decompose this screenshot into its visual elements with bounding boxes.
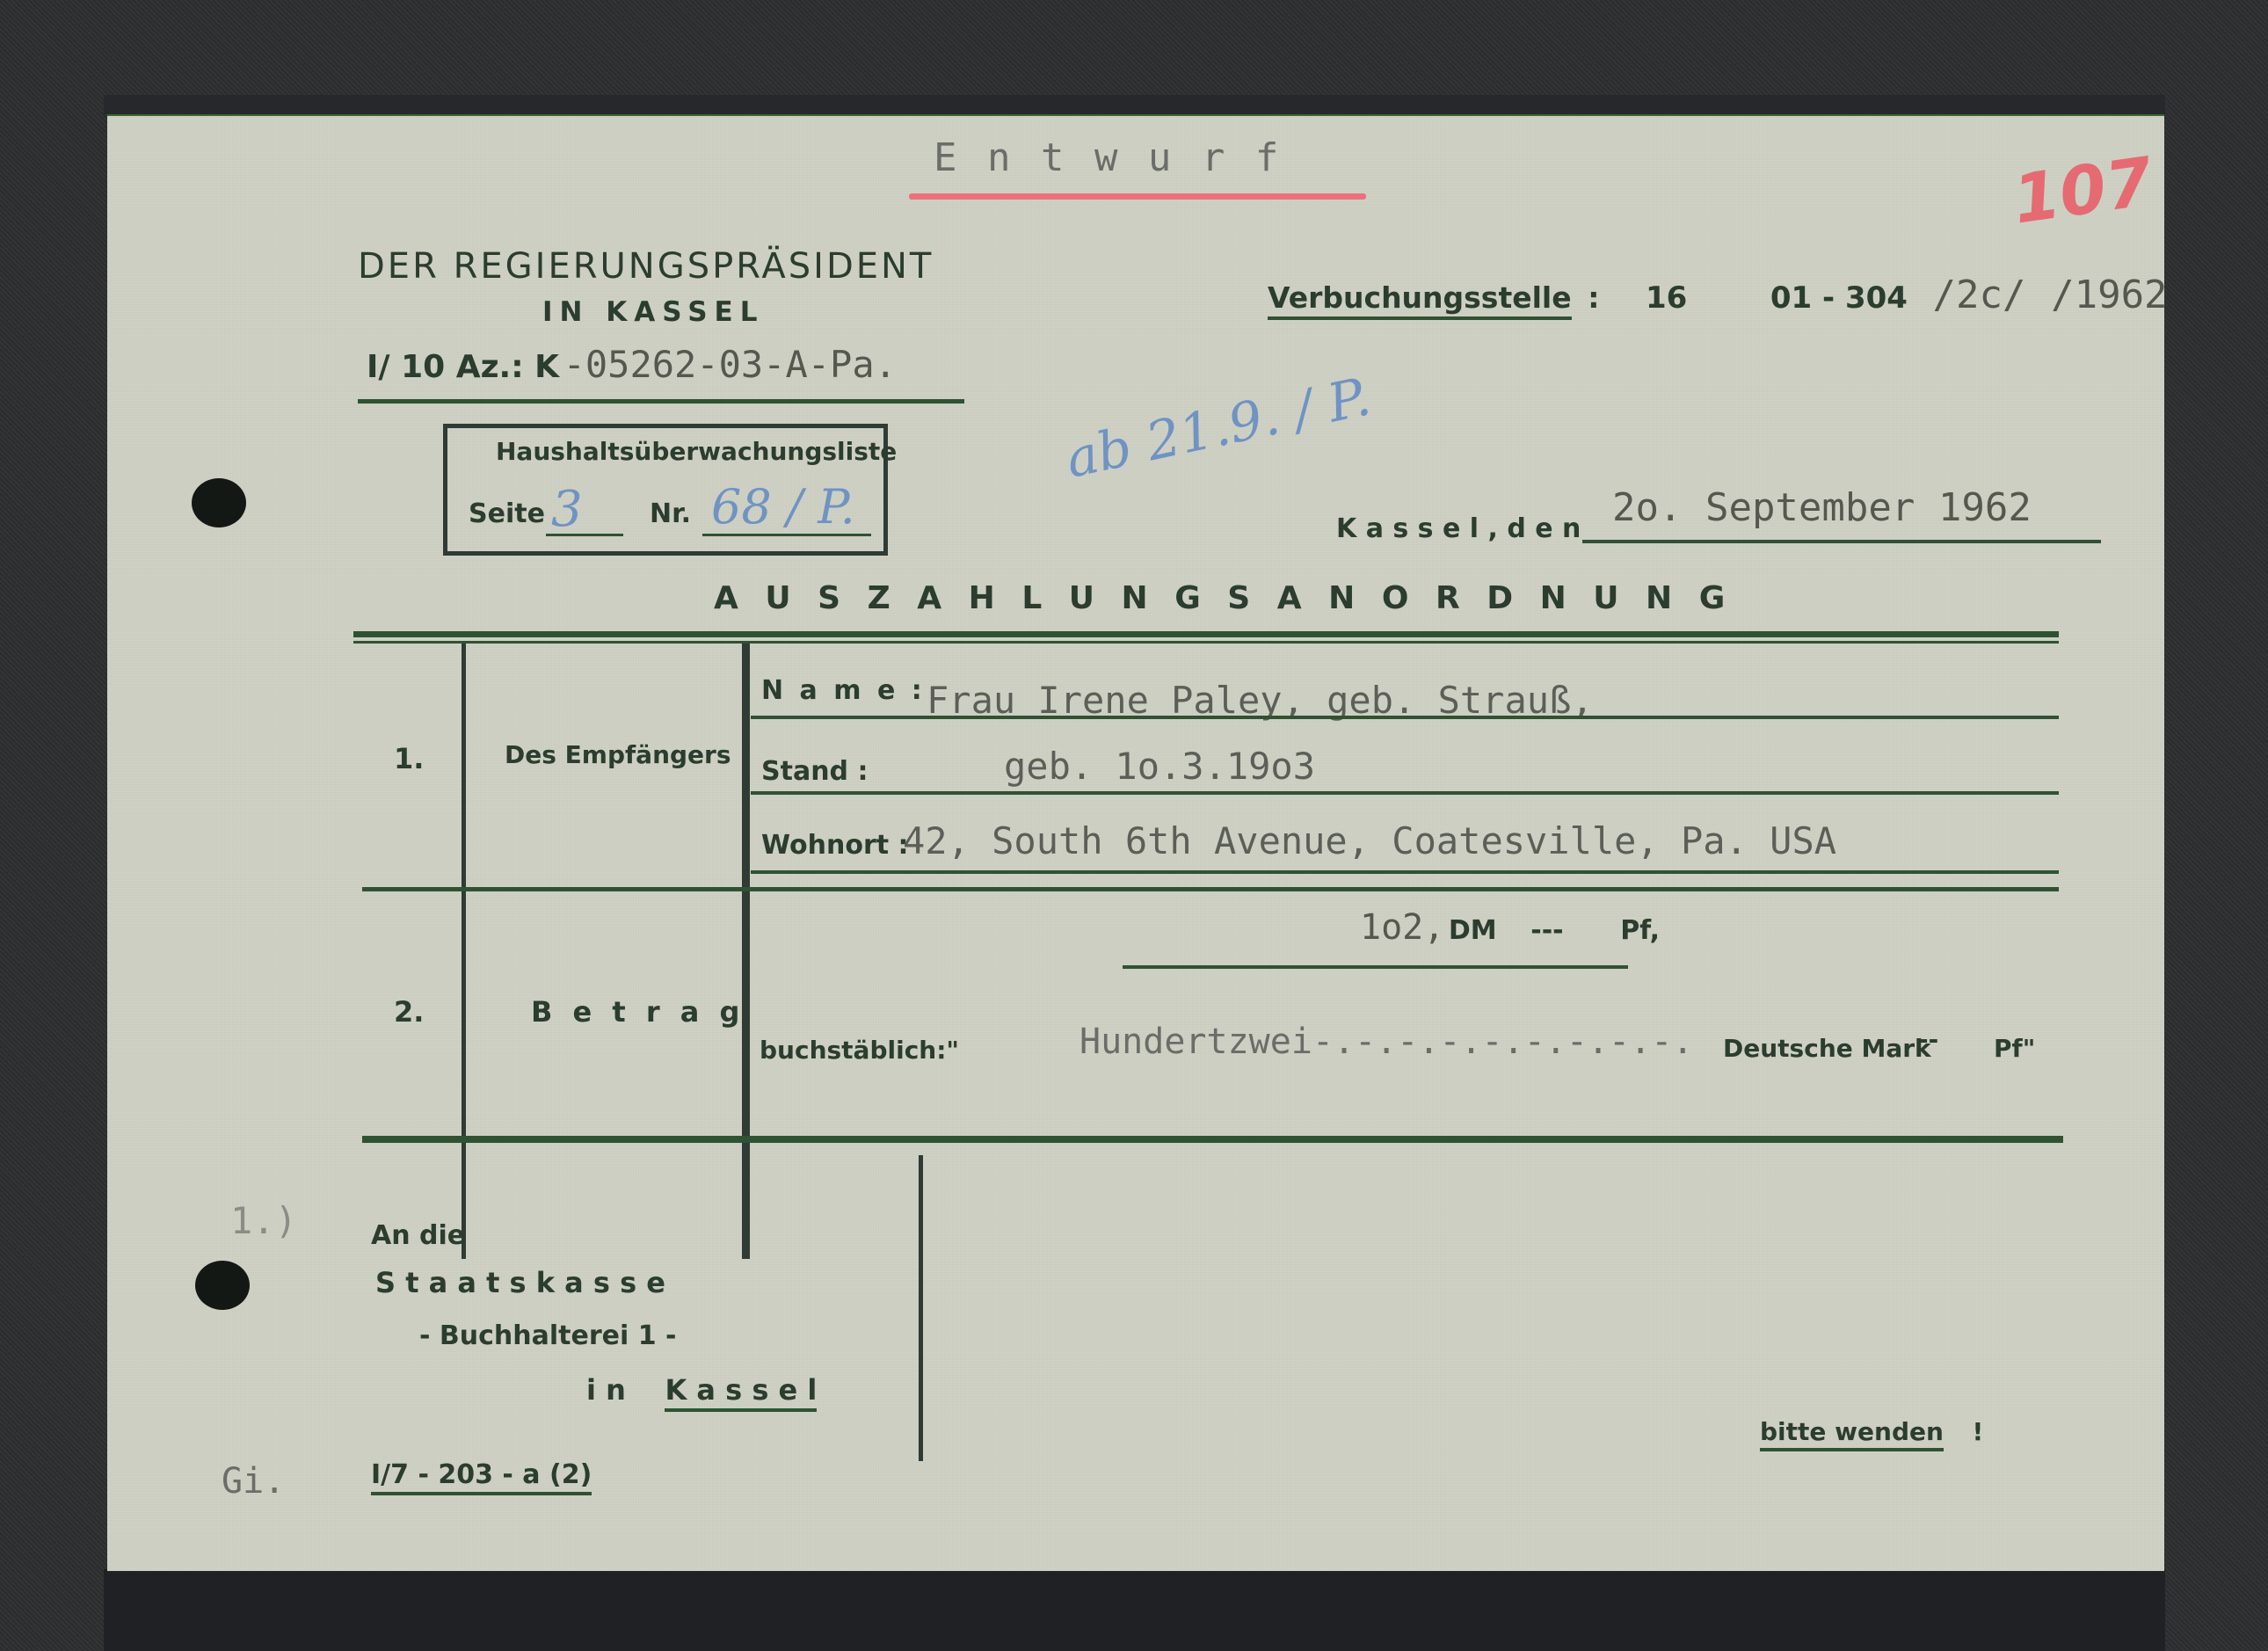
row-2-label: B e t r a g — [531, 995, 745, 1029]
status-label: Stand : — [761, 756, 868, 787]
written-amount-label: buchstäblich:" — [760, 1036, 959, 1065]
table-col-divider-1 — [462, 644, 466, 1259]
table-bottom-rule — [362, 1136, 2063, 1143]
reference-number: -05262-03-A-Pa. — [563, 343, 897, 386]
recipient-city-line: i n K a s s e l — [586, 1373, 817, 1407]
name-label: N a m e : — [761, 675, 926, 706]
written-amount-value: Hundertzwei-.-.-.-.-.-.-.-.-. — [1079, 1022, 1693, 1062]
recipient-line-3: - Buchhalterei 1 - — [419, 1320, 676, 1351]
status-rule — [751, 791, 2059, 795]
written-currency: Deutsche Mark — [1723, 1034, 1931, 1063]
punch-hole-top — [192, 478, 246, 527]
turn-over-mark: ! — [1972, 1417, 1983, 1446]
table-row-divider — [362, 887, 2059, 891]
recipient-line-1: An die — [371, 1220, 465, 1251]
punch-hole-bottom — [195, 1261, 250, 1310]
document-date: 2o. September 1962 — [1612, 485, 2032, 530]
draft-red-underline — [909, 193, 1366, 200]
budget-page-value: 3 — [551, 481, 583, 538]
scanner-bottom-band — [104, 1569, 2165, 1651]
amount-pf-value: --- — [1530, 915, 1563, 946]
booking-colon: : — [1588, 280, 1599, 315]
turn-over-label: bitte wenden — [1760, 1417, 1944, 1451]
booking-reference: Verbuchungsstelle : 16 01 - 304 /2c/ /19… — [1268, 273, 2168, 317]
amount-figures: 1o2, DM --- Pf, — [1360, 907, 1660, 948]
residence-rule — [751, 870, 2059, 874]
amount-dm-value: 1o2, — [1360, 907, 1444, 948]
budget-monitoring-box: Haushaltsüberwachungsliste Seite 3 Nr. 6… — [443, 424, 888, 556]
file-reference: I/ 10 Az.: K -05262-03-A-Pa. — [367, 343, 897, 386]
residence-value: 42, South 6th Avenue, Coatesville, Pa. U… — [903, 819, 1836, 862]
budget-box-title: Haushaltsüberwachungsliste — [496, 437, 897, 466]
amount-rule — [1123, 965, 1628, 969]
status-value: geb. 1o.3.19o3 — [1004, 745, 1315, 788]
booking-code-title: 01 - 304 — [1770, 280, 1908, 316]
form-code: I/7 - 203 - a (2) — [371, 1459, 592, 1495]
recipient-item-number: 1.) — [230, 1199, 297, 1242]
row-1-number: 1. — [394, 742, 424, 775]
turn-over-note: bitte wenden ! — [1760, 1417, 1983, 1446]
name-rule — [751, 716, 2059, 719]
booking-code-chapter: 16 — [1646, 280, 1687, 316]
lower-section-divider — [919, 1155, 923, 1461]
recipient-city-prefix: i n — [586, 1373, 626, 1407]
budget-number-label: Nr. — [650, 498, 691, 529]
booking-label: Verbuchungsstelle — [1268, 280, 1572, 320]
booking-year: /1962 — [2051, 273, 2167, 317]
reference-dashed-rule — [358, 399, 964, 404]
budget-page-label: Seite — [469, 498, 545, 529]
table-top-rule-inner — [353, 641, 2059, 644]
budget-number-value: 68 / P. — [711, 479, 855, 535]
written-pf-label: Pf" — [1994, 1034, 2035, 1063]
payment-order-document: E n t w u r f 107 DER REGIERUNGSPRÄSIDEN… — [107, 114, 2164, 1571]
authority-city: IN KASSEL — [542, 296, 764, 328]
booking-code-sub: /2c/ — [1933, 273, 2026, 317]
row-2-number: 2. — [394, 995, 424, 1029]
amount-pf-label: Pf, — [1620, 915, 1660, 946]
authority-title: DER REGIERUNGSPRÄSIDENT — [358, 246, 934, 287]
row-1-label: Des Empfängers — [505, 740, 731, 769]
budget-page-rule — [546, 534, 623, 536]
handwritten-annotation: ab 21.9. / P. — [1061, 366, 1376, 491]
handwritten-page-number: 107 — [2009, 142, 2157, 238]
table-top-rule — [353, 631, 2059, 637]
written-pf-value: -- — [1918, 1025, 1938, 1054]
form-title: A U S Z A H L U N G S A N O R D N U N G — [714, 580, 1733, 616]
date-rule — [1582, 540, 2101, 543]
recipient-city: K a s s e l — [665, 1373, 817, 1412]
reference-prefix: I/ 10 Az.: K — [367, 349, 559, 385]
draft-label: E n t w u r f — [934, 135, 1282, 180]
budget-number-rule — [702, 534, 871, 536]
amount-dm-label: DM — [1449, 915, 1497, 946]
recipient-line-2: S t a a t s k a s s e — [375, 1266, 665, 1299]
place-label: K a s s e l , d e n — [1336, 513, 1581, 544]
scanner-top-band — [104, 95, 2165, 114]
residence-label: Wohnort : — [761, 830, 909, 861]
clerk-initials: Gi. — [222, 1461, 285, 1502]
table-col-divider-2 — [742, 644, 750, 1259]
